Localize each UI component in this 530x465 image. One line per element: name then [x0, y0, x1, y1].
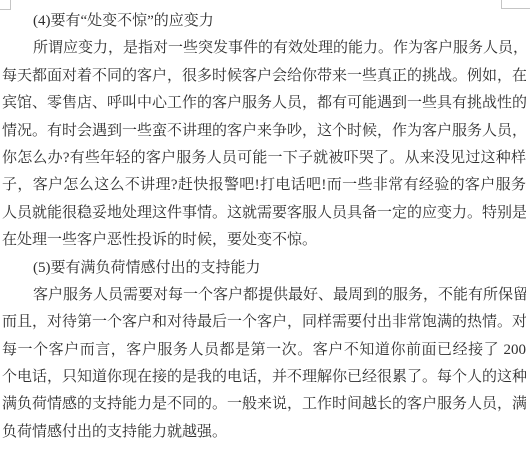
text-line: 宾馆、零售店、呼叫中心工作的客户服务人员，都有可能遇到一些具有挑战性的 [2, 90, 526, 117]
document-text-block: (4)要有“处变不惊”的应变力 所谓应变力，是指对一些突发事件的有效处理的能力。… [2, 8, 526, 446]
heading-section-4: (4)要有“处变不惊”的应变力 [2, 8, 526, 35]
text-line: 人员就能很稳妥地处理这件事情。这就需要客服人员具备一定的应变力。特别是 [2, 200, 526, 227]
text-line: 客户服务人员需要对每一个客户都提供最好、最周到的服务，不能有所保留。 [2, 282, 526, 309]
document-page: (4)要有“处变不惊”的应变力 所谓应变力，是指对一些突发事件的有效处理的能力。… [0, 0, 530, 465]
text-line: 每一个客户而言，客户服务人员都是第一次。客户不知道你前面已经接了 200 [2, 337, 526, 364]
text-line: 在处理一些客户恶性投诉的时候，要处变不惊。 [2, 227, 526, 254]
text-line: 你怎么办?有些年轻的客户服务人员可能一下子就被吓哭了。从来没见过这种样 [2, 145, 526, 172]
heading-section-5: (5)要有满负荷情感付出的支持能力 [2, 255, 526, 282]
text-line: 每天都面对着不同的客户，很多时候客户会给你带来一些真正的挑战。例如，在 [2, 63, 526, 90]
text-line: 个电话，只知道你现在接的是我的电话，并不理解你已经很累了。每个人的这种 [2, 364, 526, 391]
text-line: 子，客户怎么这么不讲理?赶快报警吧!打电话吧!而一些非常有经验的客户服务 [2, 172, 526, 199]
text-line: 所谓应变力，是指对一些突发事件的有效处理的能力。作为客户服务人员， [2, 35, 526, 62]
text-line: 负荷情感付出的支持能力就越强。 [2, 419, 526, 446]
text-line: 满负荷情感的支持能力是不同的。一般来说，工作时间越长的客户服务人员，满 [2, 391, 526, 418]
text-line: 情况。有时会遇到一些蛮不讲理的客户来争吵，这个时候，作为客户服务人员， [2, 118, 526, 145]
text-line: 而且，对待第一个客户和对待最后一个客户，同样需要付出非常饱满的热情。对 [2, 309, 526, 336]
